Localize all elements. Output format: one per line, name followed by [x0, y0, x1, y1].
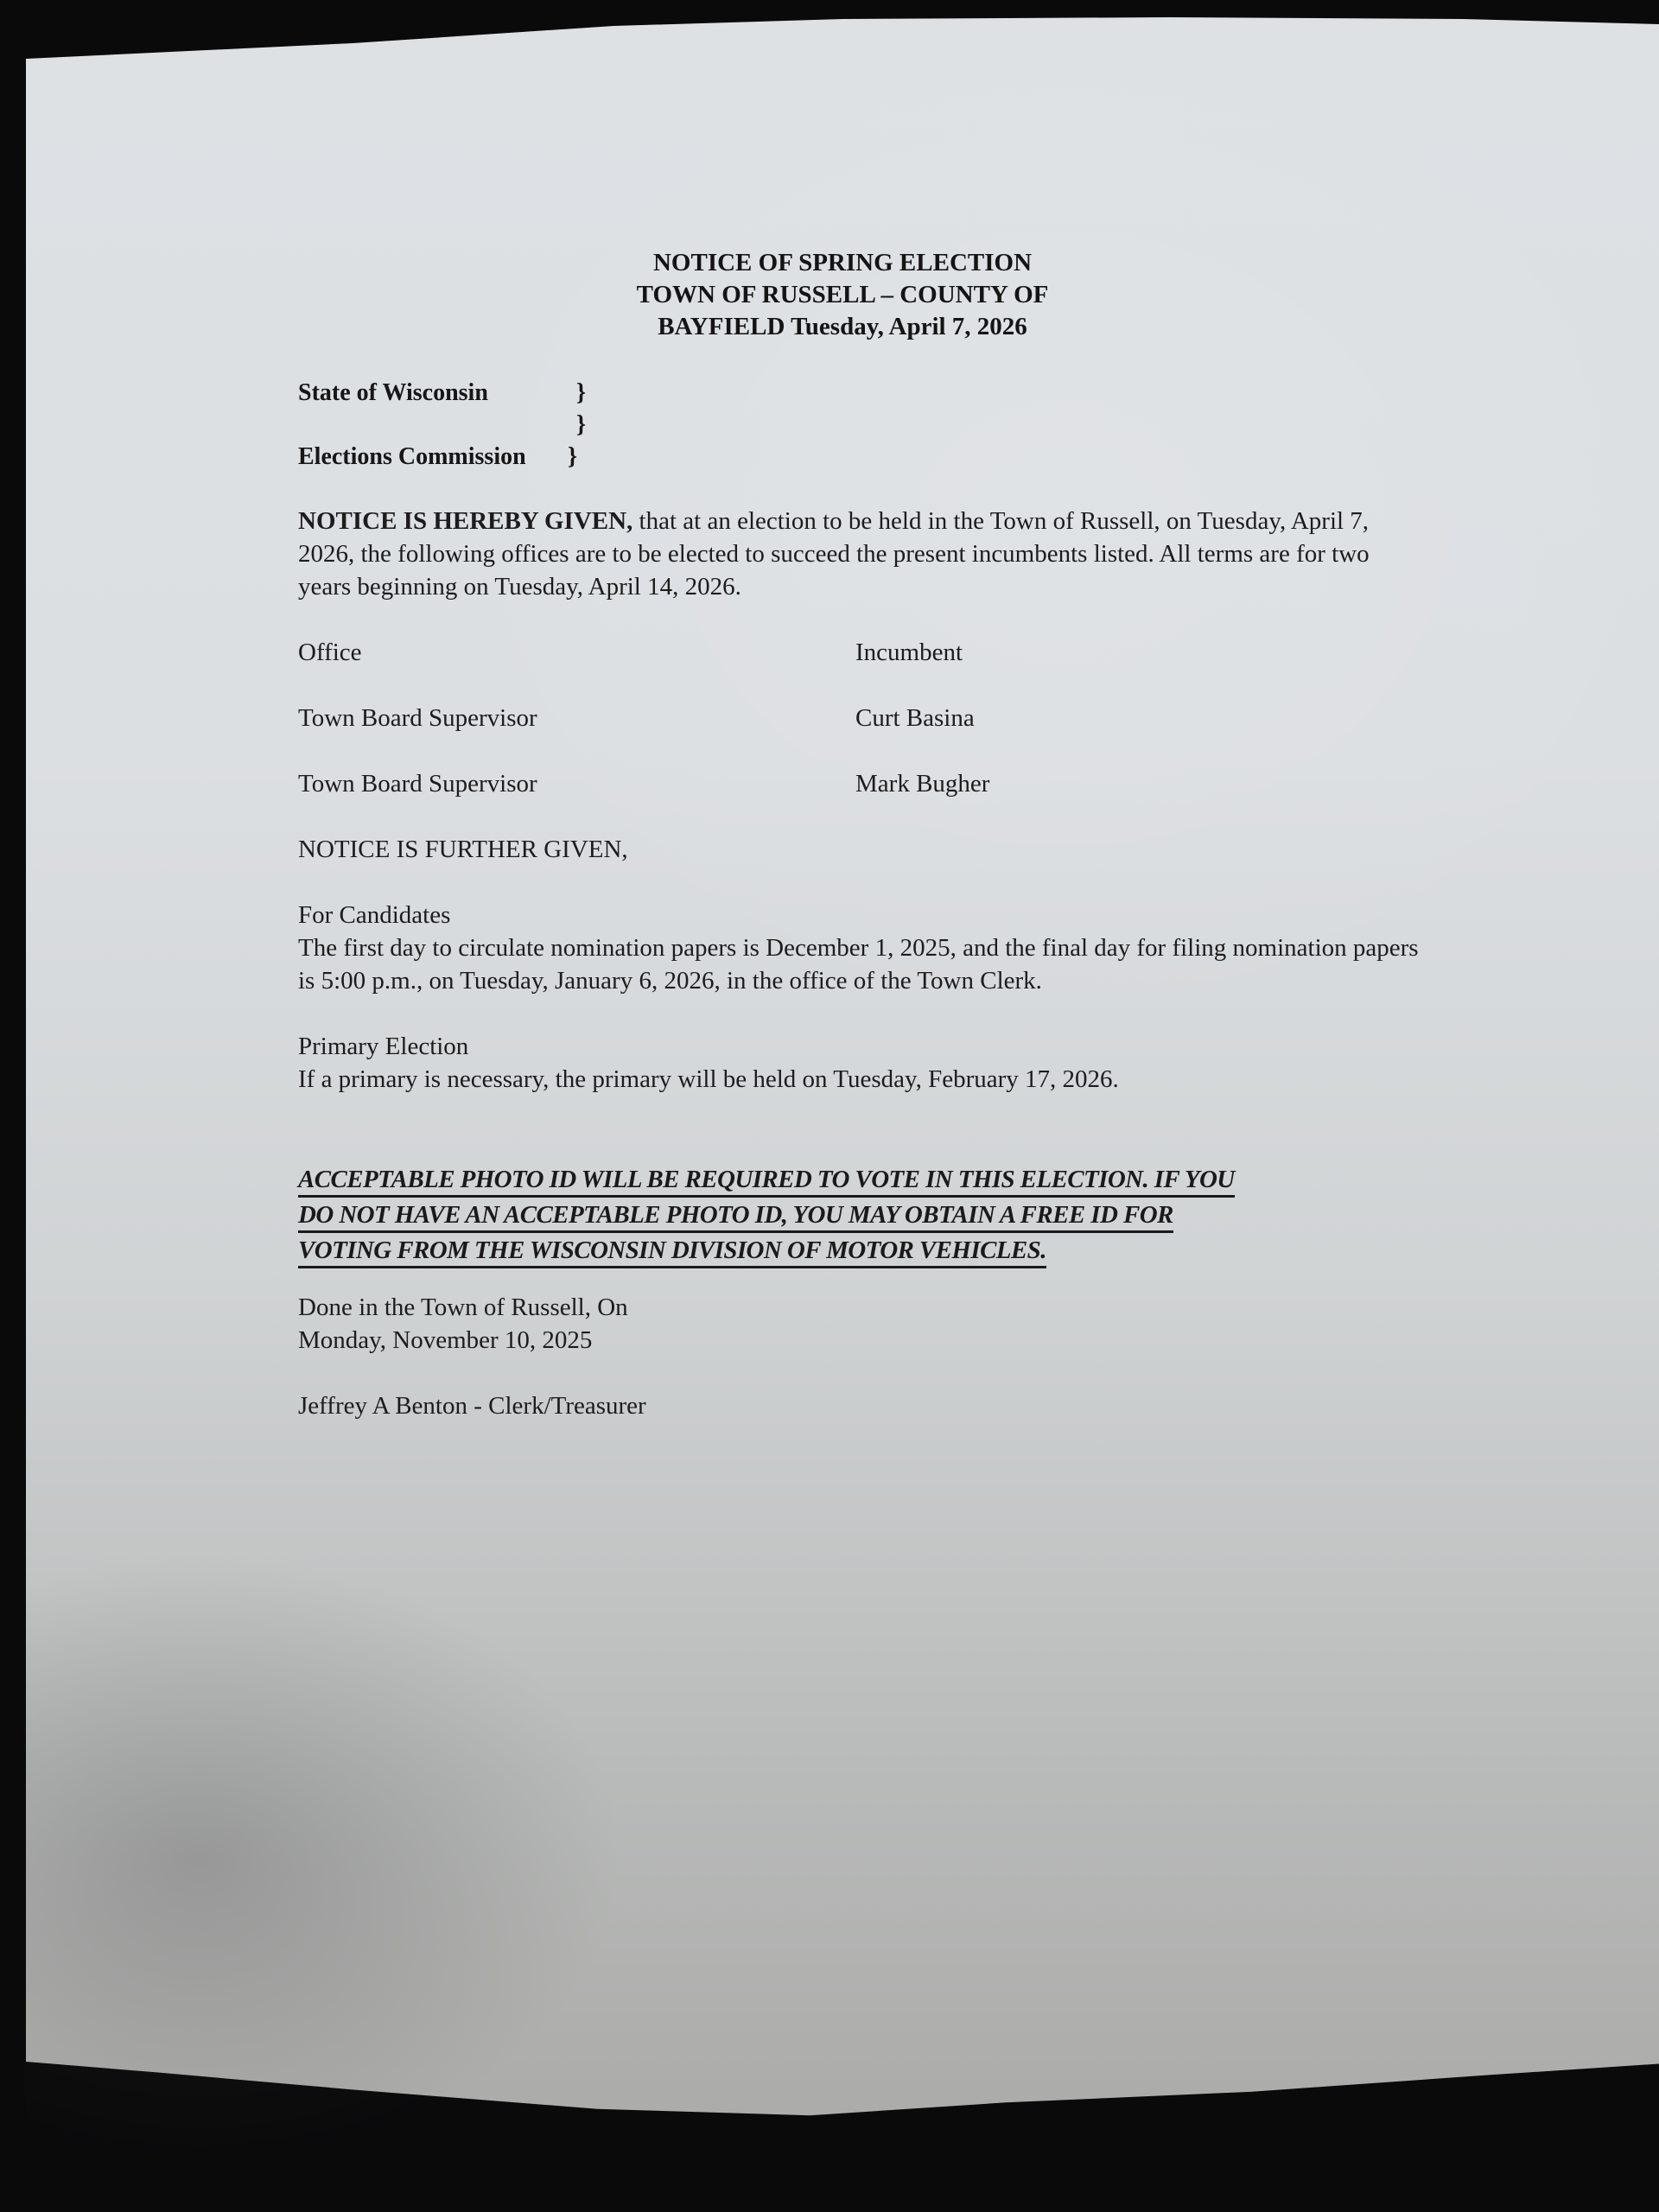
- offices-table: Office Incumbent Town Board Supervisor C…: [298, 636, 1162, 833]
- warning-line-3: VOTING FROM THE WISCONSIN DIVISION OF MO…: [298, 1236, 1046, 1268]
- notice-lead: NOTICE IS HEREBY GIVEN,: [298, 507, 632, 535]
- table-header-row: Office Incumbent: [298, 636, 1162, 702]
- title-line-3: BAYFIELD Tuesday, April 7, 2026: [583, 311, 1102, 343]
- table-row: Town Board Supervisor Curt Basina: [298, 702, 1162, 767]
- warning-line-2: DO NOT HAVE AN ACCEPTABLE PHOTO ID, YOU …: [298, 1201, 1173, 1233]
- title-line-1: NOTICE OF SPRING ELECTION: [583, 247, 1102, 279]
- photo-scene: NOTICE OF SPRING ELECTION TOWN OF RUSSEL…: [0, 0, 1659, 2212]
- warning-line-1: ACCEPTABLE PHOTO ID WILL BE REQUIRED TO …: [298, 1166, 1235, 1198]
- notice-title: NOTICE OF SPRING ELECTION TOWN OF RUSSEL…: [583, 247, 1102, 343]
- further-notice: NOTICE IS FURTHER GIVEN,: [298, 833, 628, 866]
- brace-glyph: }: [576, 409, 586, 441]
- office-cell: Town Board Supervisor: [298, 702, 537, 734]
- clerk-signature: Jeffrey A Benton - Clerk/Treasurer: [298, 1389, 646, 1422]
- header-office: Office: [298, 636, 362, 669]
- done-line-1: Done in the Town of Russell, On: [298, 1291, 628, 1324]
- incumbent-cell: Curt Basina: [855, 702, 975, 734]
- header-incumbent: Incumbent: [855, 636, 963, 669]
- candidates-heading: For Candidates: [298, 899, 1439, 931]
- state-label: State of Wisconsin: [298, 379, 488, 406]
- office-cell: Town Board Supervisor: [298, 767, 537, 800]
- brace-glyph: }: [568, 441, 577, 473]
- done-statement: Done in the Town of Russell, On Monday, …: [298, 1291, 628, 1357]
- notice-paragraph: NOTICE IS HEREBY GIVEN, that at an elect…: [298, 505, 1421, 603]
- photo-id-warning: ACCEPTABLE PHOTO ID WILL BE REQUIRED TO …: [298, 1163, 1439, 1269]
- primary-section: Primary Election If a primary is necessa…: [298, 1030, 1439, 1096]
- candidates-section: For Candidates The first day to circulat…: [298, 899, 1439, 997]
- title-line-2: TOWN OF RUSSELL – COUNTY OF: [583, 279, 1102, 311]
- brace-glyph: }: [576, 377, 586, 409]
- primary-body: If a primary is necessary, the primary w…: [298, 1063, 1439, 1096]
- candidates-body: The first day to circulate nomination pa…: [298, 931, 1439, 997]
- state-caption-block: State of Wisconsin } } Elections Commiss…: [298, 377, 526, 473]
- incumbent-cell: Mark Bugher: [855, 767, 989, 800]
- commission-label: Elections Commission: [298, 443, 526, 470]
- done-date: Monday, November 10, 2025: [298, 1324, 628, 1357]
- table-row: Town Board Supervisor Mark Bugher: [298, 767, 1162, 833]
- primary-heading: Primary Election: [298, 1030, 1439, 1063]
